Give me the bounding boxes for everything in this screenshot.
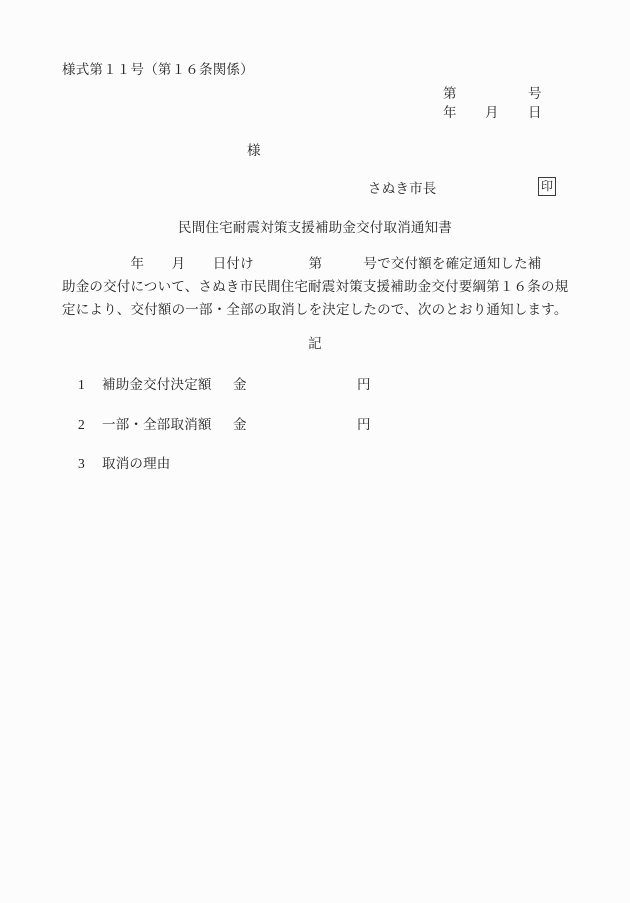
item-currency-prefix: 金 — [233, 377, 247, 393]
item-currency-prefix: 金 — [233, 417, 247, 433]
body-paragraph-line: 助金の交付について、さぬき市民間住宅耐震対策支援補助金交付要綱第１６条の規 — [62, 279, 568, 295]
item-yen-unit: 円 — [357, 417, 371, 433]
sender-title: さぬき市長 — [368, 181, 437, 197]
date-month-label: 月 — [485, 105, 499, 121]
item-number: 2 — [78, 417, 85, 433]
item-row-cancelled-amount: 2 一部・全部取消額 金 円 — [0, 417, 630, 433]
doc-number-prefix: 第 — [443, 86, 457, 102]
doc-number-suffix: 号 — [528, 86, 542, 102]
item-number: 1 — [78, 377, 85, 393]
document-page: 様式第１１号（第１６条関係） 第 号 年 月 日 様 さぬき市長 印 民間住宅耐… — [0, 0, 630, 903]
date-year-label: 年 — [443, 105, 457, 121]
item-label: 補助金交付決定額 — [102, 377, 212, 393]
item-row-decided-amount: 1 補助金交付決定額 金 円 — [0, 377, 630, 393]
item-label: 一部・全部取消額 — [102, 417, 212, 433]
item-number: 3 — [78, 456, 85, 472]
item-row-cancellation-reason: 3 取消の理由 — [0, 456, 630, 472]
body-paragraph-line: 年 月 日付け 第 号で交付額を確定通知した補 — [62, 256, 542, 272]
document-title: 民間住宅耐震対策支援補助金交付取消通知書 — [0, 220, 630, 236]
date-day-label: 日 — [528, 105, 542, 121]
addressee-honorific: 様 — [247, 143, 261, 159]
body-paragraph-line: 定により、交付額の一部・全部の取消しを決定したので、次のとおり通知します。 — [62, 302, 568, 318]
seal-mark: 印 — [538, 177, 556, 196]
section-marker: 記 — [0, 336, 630, 352]
item-yen-unit: 円 — [357, 377, 371, 393]
item-label: 取消の理由 — [102, 456, 171, 472]
form-number: 様式第１１号（第１６条関係） — [62, 62, 254, 78]
